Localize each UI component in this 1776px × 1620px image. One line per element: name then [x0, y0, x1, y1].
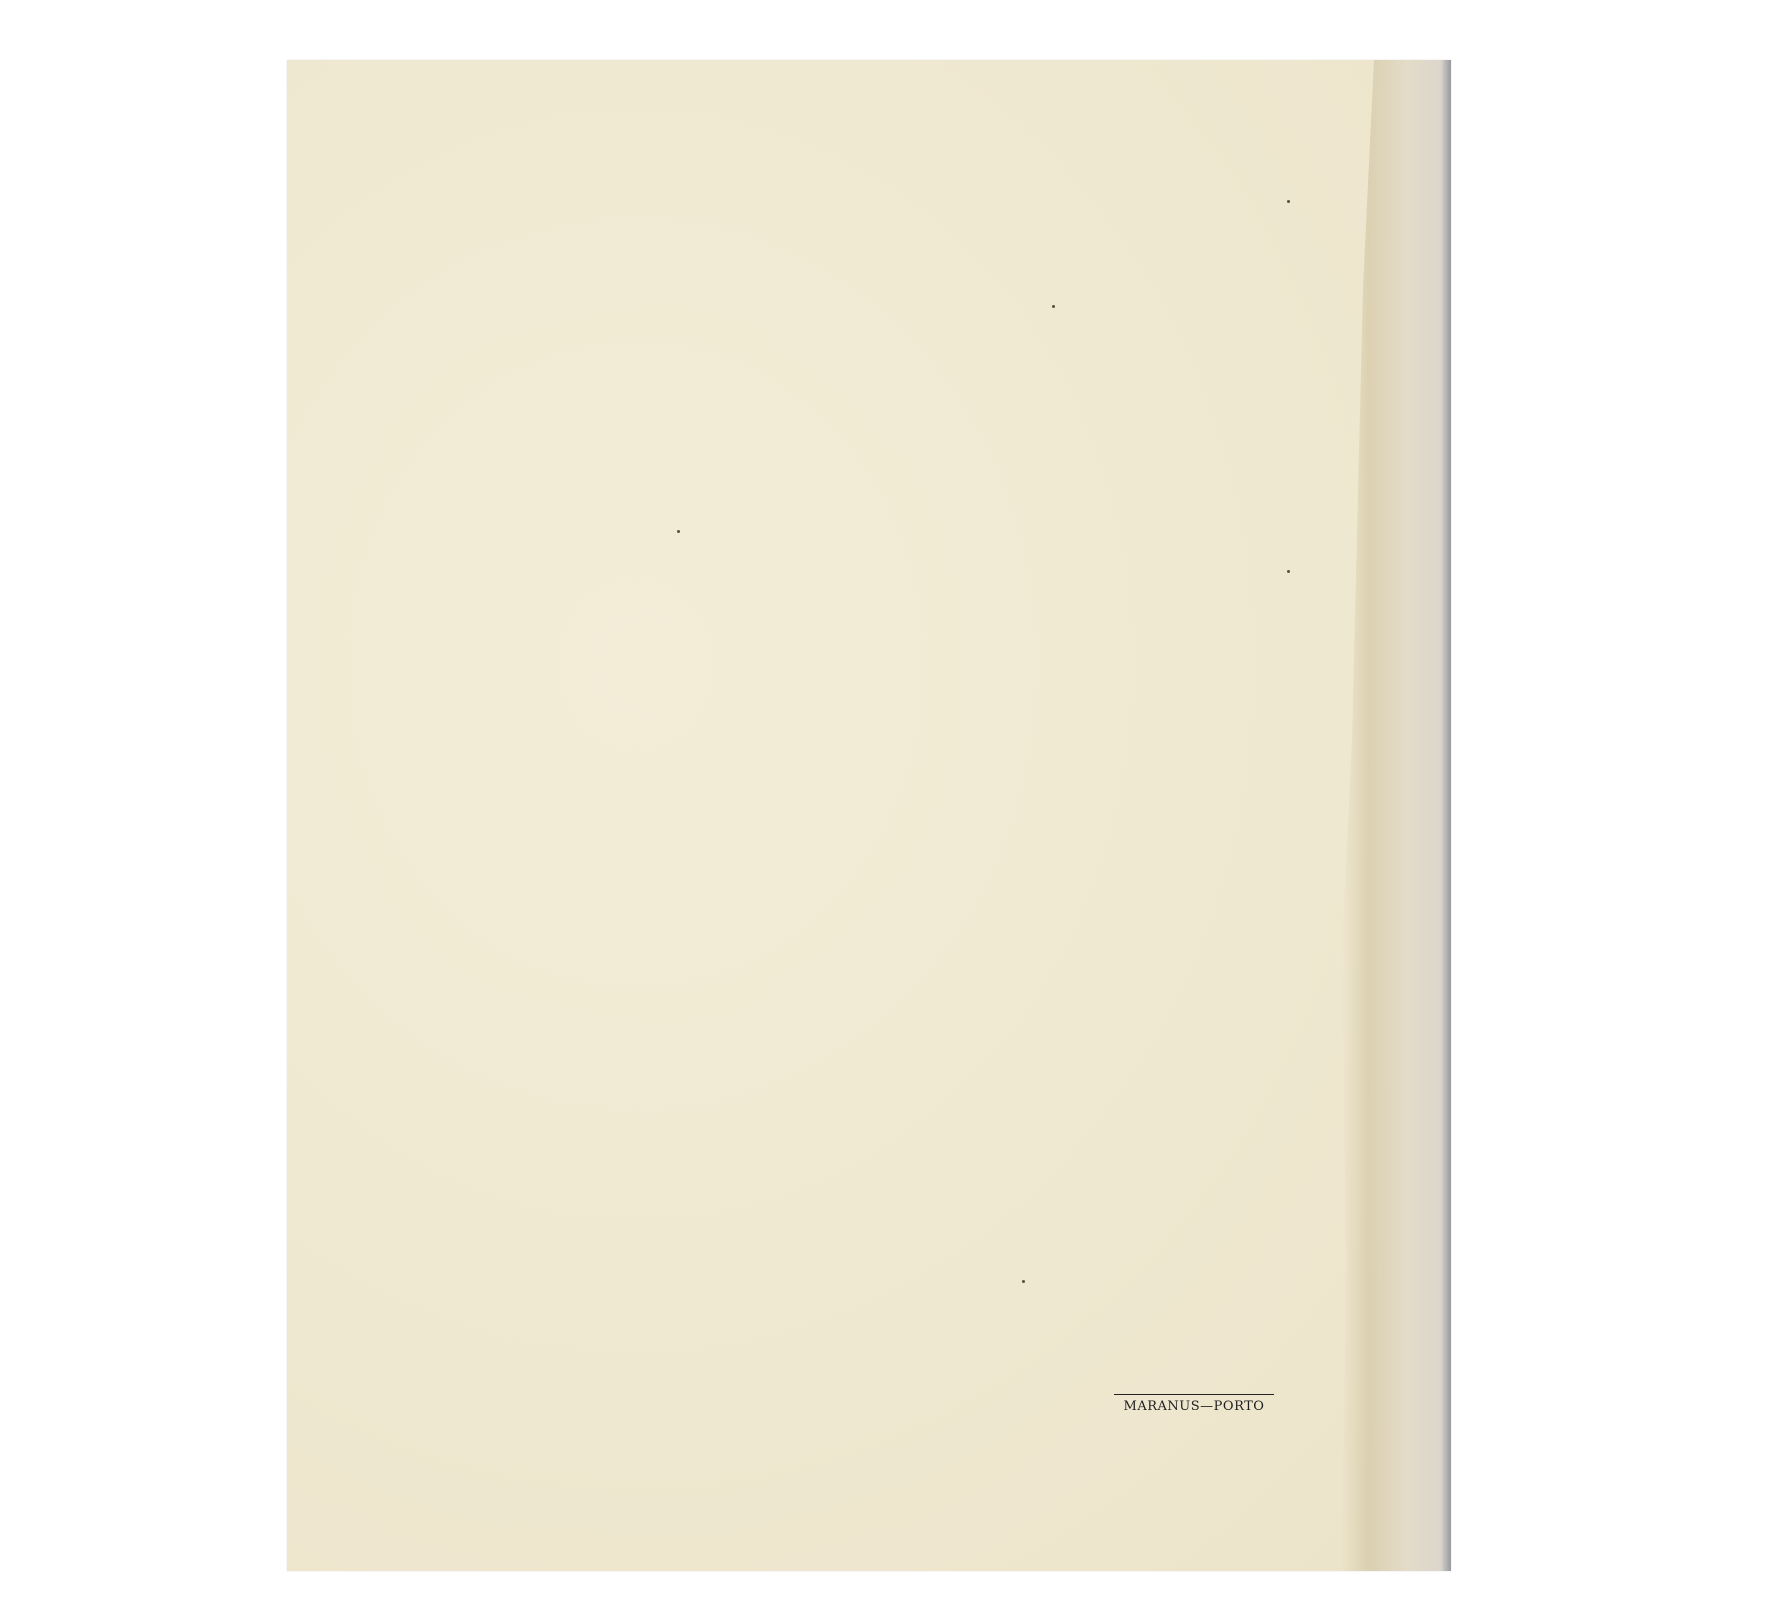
paper-speck [1287, 200, 1290, 203]
page-edge [1443, 60, 1451, 1571]
paper-speck [1287, 570, 1290, 573]
paper-speck [1052, 305, 1055, 308]
paper-page [287, 60, 1451, 1571]
imprint-rule [1114, 1394, 1274, 1395]
imprint-text: MARANUS—PORTO [1114, 1399, 1274, 1414]
printer-imprint: MARANUS—PORTO [1114, 1394, 1274, 1414]
paper-speck [677, 530, 680, 533]
paper-speck [1022, 1280, 1025, 1283]
water-stain [1341, 60, 1451, 1571]
